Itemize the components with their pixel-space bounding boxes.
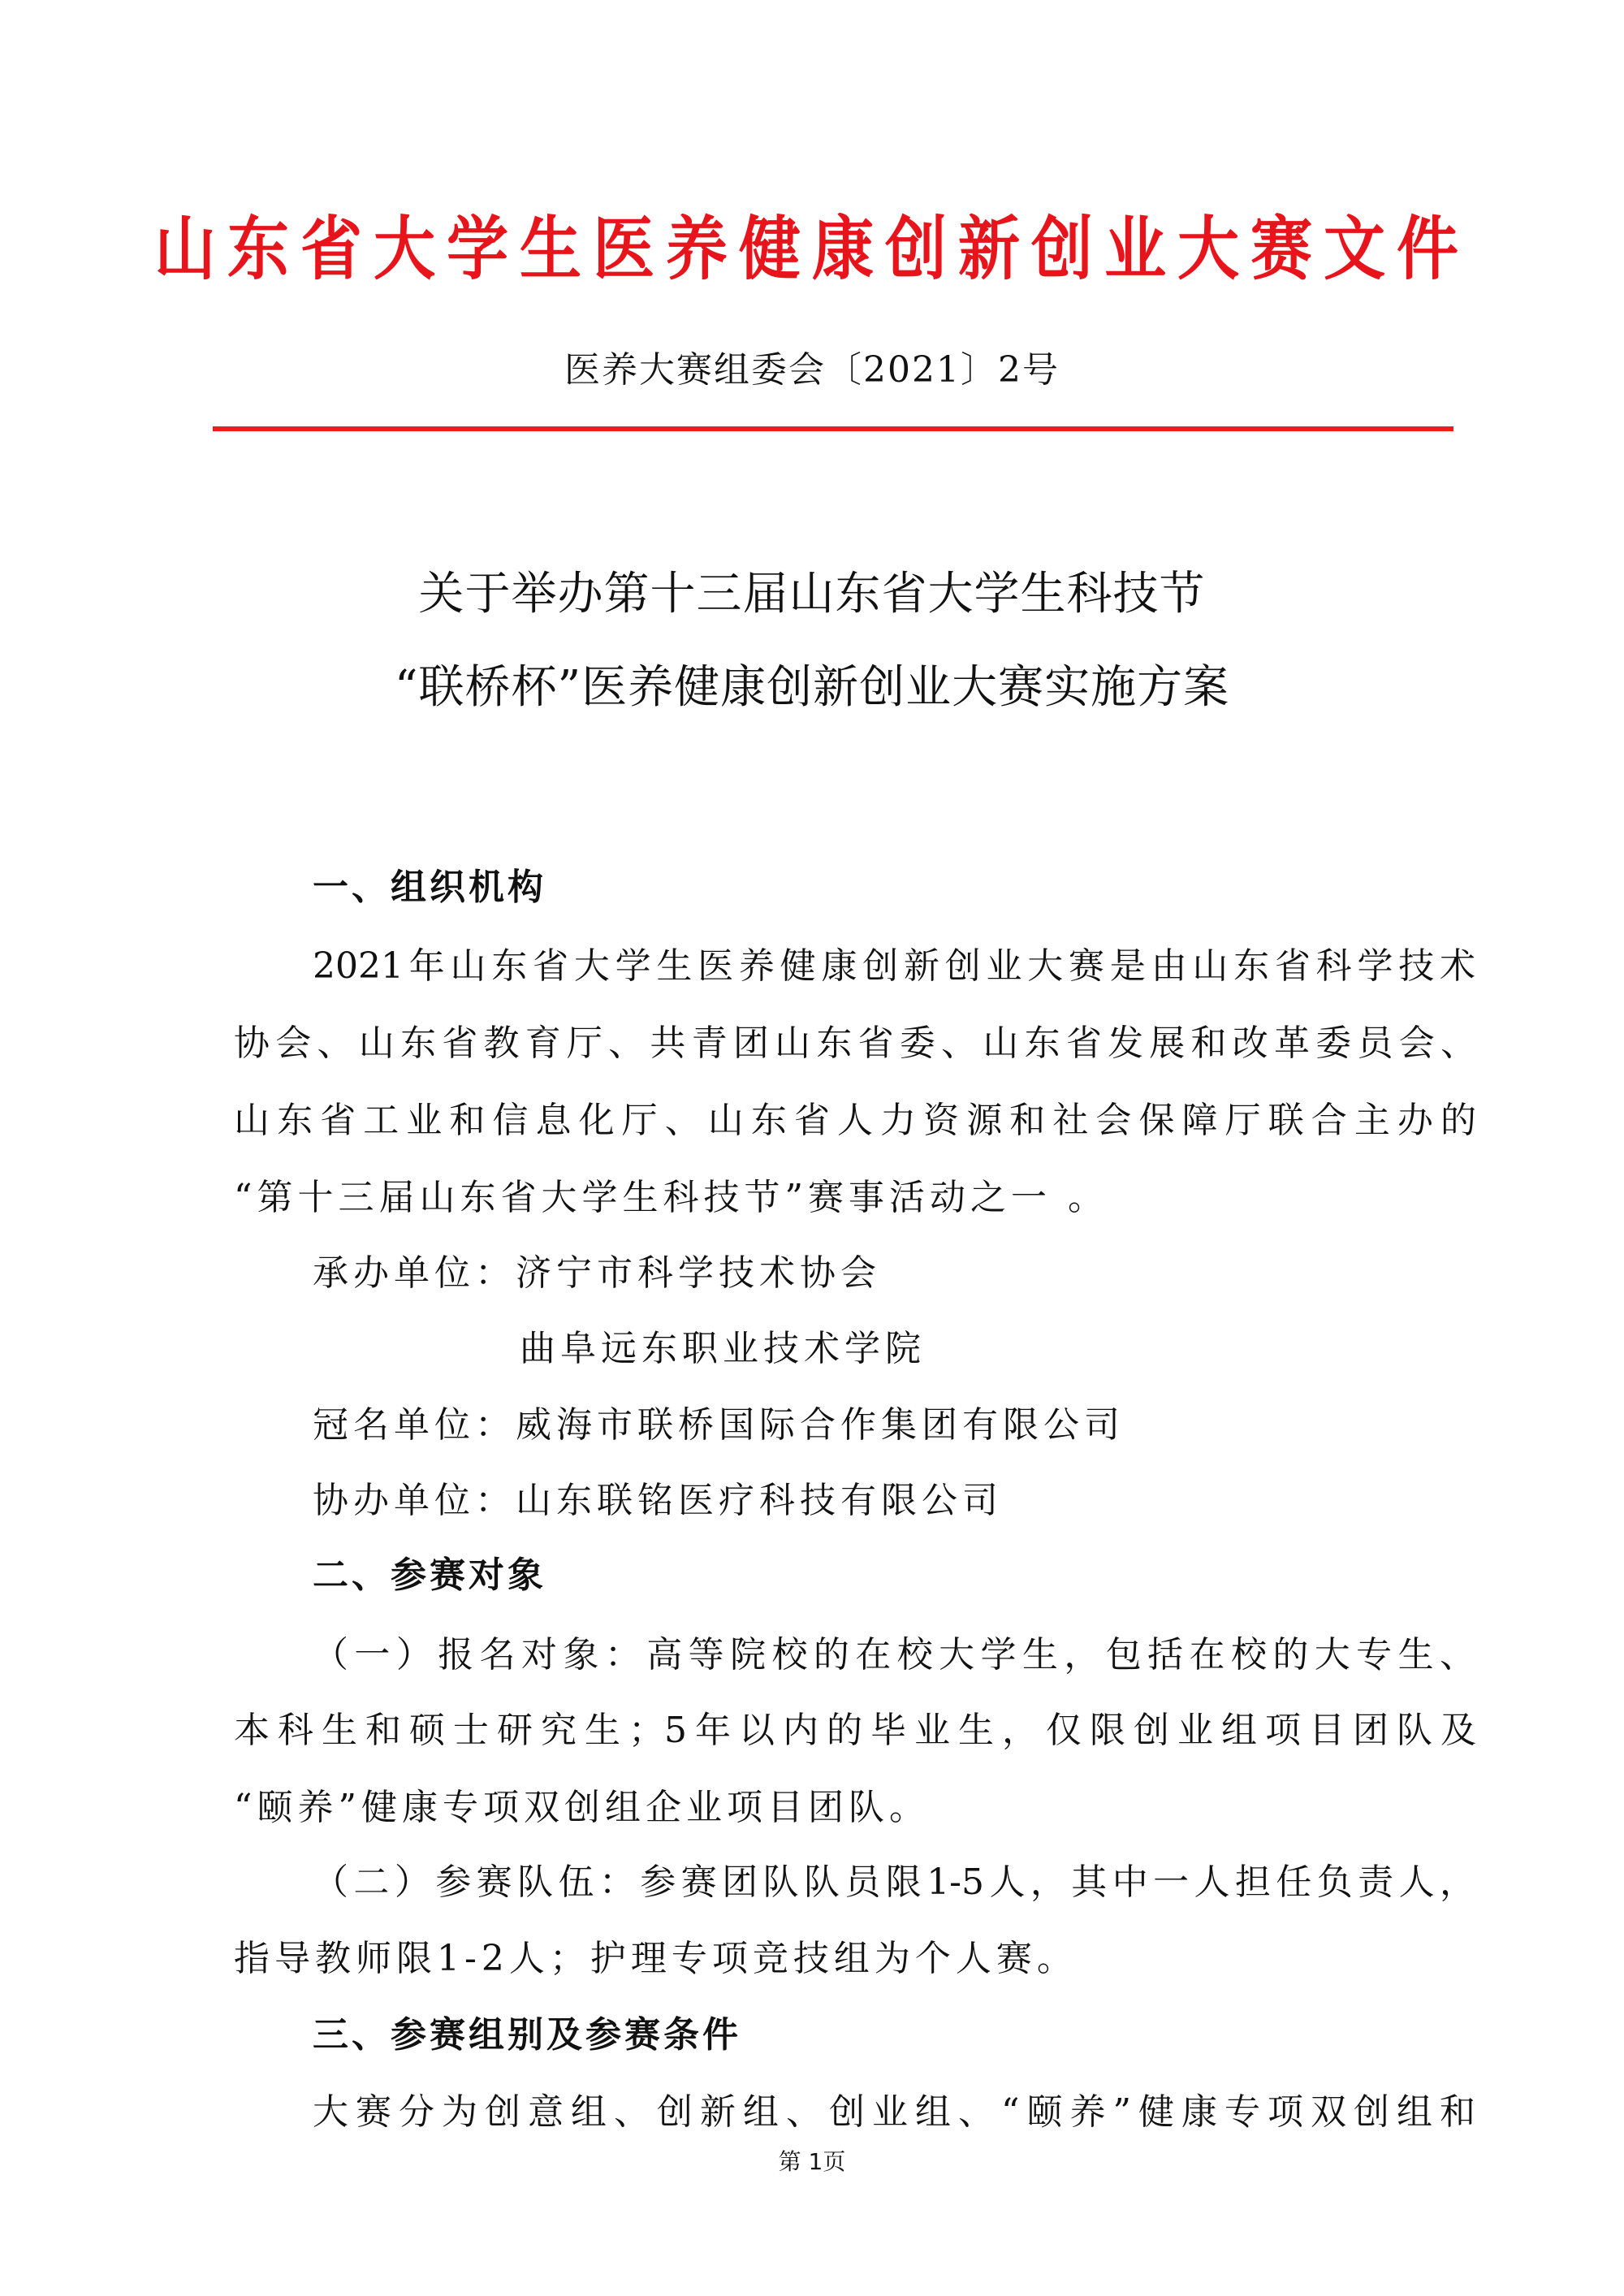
section-heading-participants: 二、参赛对象: [313, 1553, 1555, 1598]
paragraph-line: “第十三届山东省大学生科技节”赛事活动之一 。: [234, 1175, 1476, 1221]
paragraph-line: 2021年山东省大学生医养健康创新创业大赛是由山东省科学技术: [313, 944, 1475, 989]
co-organizer-value: 山东联铭医疗科技有限公司: [516, 1480, 1003, 1521]
paragraph-line: 指导教师限1-2人；护理专项竞技组为个人赛。: [234, 1936, 1476, 1982]
document-page: 山东省大学生医养健康创新创业大赛文件 医养大赛组委会〔2021〕2号 关于举办第…: [0, 0, 1624, 2296]
paragraph-line: （二）参赛队伍：参赛团队队员限1-5人，其中一人担任负责人，: [313, 1860, 1475, 1905]
paragraph-line: 山东省工业和信息化厅、山东省人力资源和社会保障厅联合主办的: [234, 1098, 1476, 1144]
title-sponsor-value: 威海市联桥国际合作集团有限公司: [516, 1404, 1125, 1446]
paragraph-line: （一）报名对象：高等院校的在校大学生，包括在校的大专生、: [313, 1632, 1475, 1678]
organizer-value: 曲阜远东职业技术学院: [520, 1328, 926, 1369]
paragraph-line: 本科生和硕士研究生；5年以内的毕业生，仅限创业组项目团队及: [234, 1708, 1476, 1753]
organizer-label: 承办单位：: [313, 1252, 516, 1294]
organizer-row: 曲阜远东职业技术学院: [520, 1326, 1624, 1372]
organizer-value: 济宁市科学技术协会: [516, 1252, 881, 1294]
title-sponsor-row: 冠名单位：威海市联桥国际合作集团有限公司: [313, 1403, 1555, 1448]
organizer-row: 承办单位：济宁市科学技术协会: [313, 1251, 1555, 1296]
page-number: 第 1页: [0, 2148, 1624, 2176]
co-organizer-label: 协办单位：: [313, 1480, 516, 1521]
paragraph-line: 协会、山东省教育厅、共青团山东省委、山东省发展和改革委员会、: [234, 1021, 1476, 1066]
document-title-line-1: 关于举办第十三届山东省大学生科技节: [0, 566, 1624, 623]
document-number: 医养大赛组委会〔2021〕2号: [0, 348, 1624, 393]
title-sponsor-label: 冠名单位：: [313, 1404, 516, 1446]
paragraph-line: “颐养”健康专项双创组企业项目团队。: [234, 1785, 1476, 1831]
section-heading-organization: 一、组织机构: [313, 865, 1555, 910]
co-organizer-row: 协办单位：山东联铭医疗科技有限公司: [313, 1478, 1555, 1524]
section-heading-groups: 三、参赛组别及参赛条件: [313, 2013, 1555, 2058]
document-title-line-2: “联桥杯”医养健康创新创业大赛实施方案: [0, 659, 1624, 716]
red-divider-line: [213, 426, 1453, 431]
paragraph-line: 大赛分为创意组、创新组、创业组、“颐养”健康专项双创组和: [313, 2090, 1475, 2135]
document-masthead: 山东省大学生医养健康创新创业大赛文件: [0, 209, 1624, 291]
